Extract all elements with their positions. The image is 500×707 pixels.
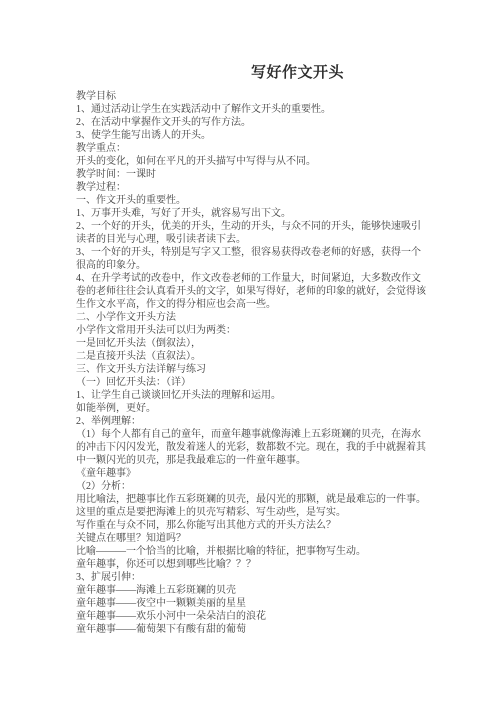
text-line: 童年趣事，你还可以想到哪些比喻？？？ (76, 558, 436, 571)
text-line: 写作重在与众不同，那么你能写出其他方式的开头方法么？ (76, 519, 436, 532)
text-line: 《童年趣事》 (76, 467, 436, 480)
text-line: 如能举例，更好。 (76, 402, 436, 415)
text-line: 二、小学作文开头方法 (76, 311, 436, 324)
text-line: 教学过程： (76, 181, 436, 194)
text-line: 2、一个好的开头，优美的开头，生动的开头，与众不同的开头，能够快速吸引 (76, 220, 436, 233)
text-line: 2、在活动中掌握作文开头的写作方法。 (76, 116, 436, 129)
text-line: 3、使学生能写出诱人的开头。 (76, 129, 436, 142)
document-title: 写好作文开头 (251, 61, 344, 82)
text-line: 一是回忆开头法（倒叙法）， (76, 337, 436, 350)
text-line: 童年趣事——夜空中一颗颗美丽的星星 (76, 597, 436, 610)
text-line: 很高的印象分。 (76, 259, 436, 272)
text-line: 4、在升学考试的改卷中，作文改卷老师的工作量大，时间紧迫，大多数改作文 (76, 272, 436, 285)
text-line: 的冲击下闪闪发光，散发着迷人的光彩，数都数不完。现在，我的手中就握着其 (76, 441, 436, 454)
text-line: 小学作文常用开头法可以归为两类： (76, 324, 436, 337)
text-line: 二是直接开头法（直叙法）。 (76, 350, 436, 363)
document-page: 写好作文开头 教学目标1、通过活动让学生在实践活动中了解作文开头的重要性。2、在… (0, 0, 500, 707)
text-line: 一、作文开头的重要性。 (76, 194, 436, 207)
text-line: （2）分析： (76, 480, 436, 493)
text-line: 读者的目光与心理，吸引读者读下去。 (76, 233, 436, 246)
text-line: 童年趣事——欢乐小河中一朵朵洁白的浪花 (76, 610, 436, 623)
text-line: 卷的老师往往会认真看开头的文字，如果写得好，老师的印象的就好，会觉得该 (76, 285, 436, 298)
text-line: 教学重点： (76, 142, 436, 155)
text-line: 关键点在哪里？知道吗？ (76, 532, 436, 545)
text-line: 1、通过活动让学生在实践活动中了解作文开头的重要性。 (76, 103, 436, 116)
text-line: 中一颗闪光的贝壳，那是我最难忘的一件童年趣事。 (76, 454, 436, 467)
text-line: 2、举例理解： (76, 415, 436, 428)
text-line: 童年趣事——海滩上五彩斑斓的贝壳 (76, 584, 436, 597)
text-line: 生作文水平高，作文的得分相应也会高一些。 (76, 298, 436, 311)
text-line: 教学时间：一课时 (76, 168, 436, 181)
text-line: 教学目标 (76, 90, 436, 103)
text-line: 用比喻法，把趣事比作五彩斑斓的贝壳，最闪光的那颗，就是最难忘的一件事。 (76, 493, 436, 506)
text-line: （1）每个人都有自己的童年，而童年趣事就像海滩上五彩斑斓的贝壳，在海水 (76, 428, 436, 441)
text-line: 1、万事开头难，写好了开头，就容易写出下文。 (76, 207, 436, 220)
text-line: 这里的重点是要把海滩上的贝壳写精彩、写生动些，是写实。 (76, 506, 436, 519)
text-line: 比喻———一个恰当的比喻，并根据比喻的特征，把事物写生动。 (76, 545, 436, 558)
document-body: 教学目标1、通过活动让学生在实践活动中了解作文开头的重要性。2、在活动中掌握作文… (76, 90, 436, 636)
text-line: 3、扩展引伸： (76, 571, 436, 584)
text-line: 开头的变化，如何在平凡的开头描写中写得与从不同。 (76, 155, 436, 168)
text-line: （一）回忆开头法：（详） (76, 376, 436, 389)
text-line: 三、作文开头方法详解与练习 (76, 363, 436, 376)
text-line: 童年趣事——葡萄架下有酸有甜的葡萄 (76, 623, 436, 636)
text-line: 3、一个好的开头，特别是写字又工整，很容易获得改卷老师的好感，获得一个 (76, 246, 436, 259)
text-line: 1、让学生自己谈谈回忆开头法的理解和运用。 (76, 389, 436, 402)
